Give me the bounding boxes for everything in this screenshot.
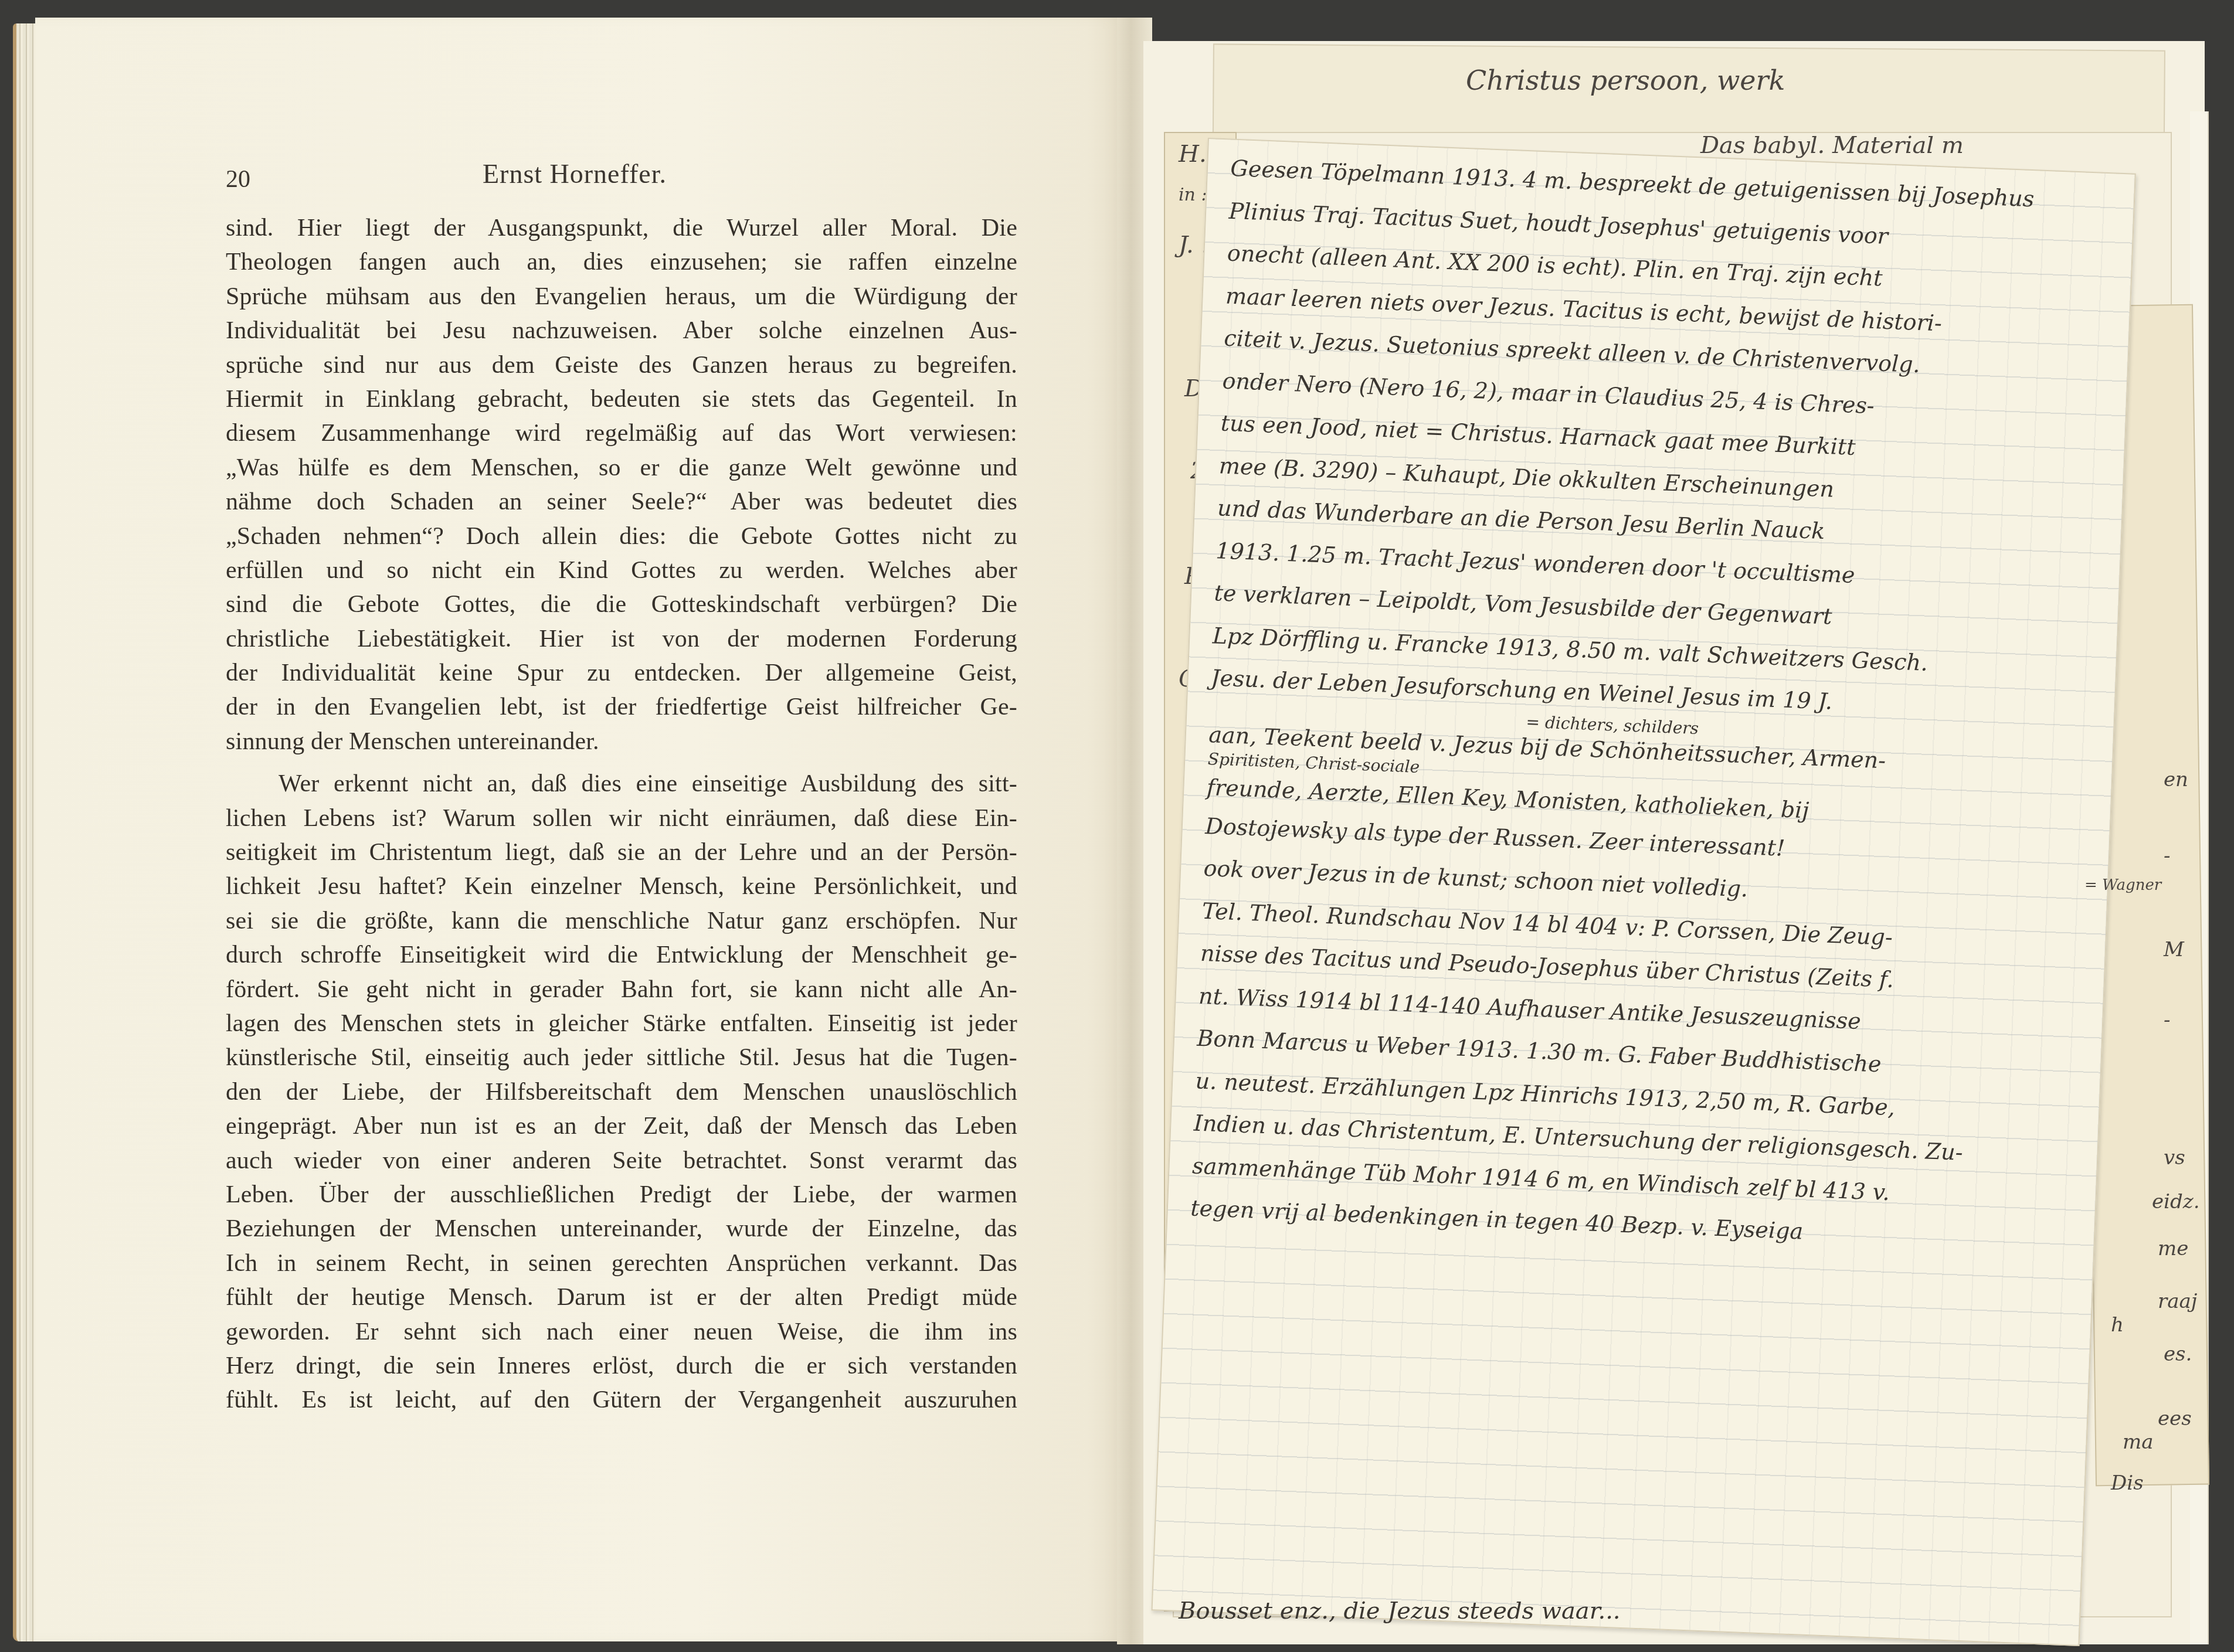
- text-line: der Individualität keine Spur zu entdeck…: [226, 656, 1017, 690]
- margin-letter: in :: [1179, 185, 1207, 205]
- note-card-title: Christus persoon, werk: [1466, 64, 1785, 96]
- text-line: fühlt. Es ist leicht, auf den Gütern der…: [226, 1383, 1017, 1417]
- text-line: sind. Hier liegt der Ausgangspunkt, die …: [226, 211, 1017, 245]
- bottom-card-note: Bousset enz., die Jezus steeds waar...: [1179, 1597, 1621, 1624]
- text-line: Wer erkennt nicht an, daß dies eine eins…: [226, 767, 1017, 801]
- margin-letter: H.: [1179, 141, 1207, 168]
- strip-fragment: -: [2164, 844, 2171, 868]
- text-line: „Was hülfe es dem Menschen, so er die ga…: [226, 451, 1017, 485]
- text-line: geworden. Er sehnt sich nach einer neuen…: [226, 1315, 1017, 1349]
- text-line: lichkeit Jesu haftet? Kein einzelner Men…: [226, 869, 1017, 903]
- text-line: auch wieder von einer anderen Seite betr…: [226, 1144, 1017, 1178]
- middle-card-header-suffix: m: [1941, 132, 1964, 159]
- text-line: der in den Evangelien lebt, ist der frie…: [226, 690, 1017, 724]
- text-line: nähme doch Schaden an seiner Seele?“ Abe…: [226, 485, 1017, 519]
- strip-fragment: raaj: [2158, 1290, 2197, 1313]
- text-line: den der Liebe, der Hilfsbereitschaft dem…: [226, 1075, 1017, 1109]
- text-line: fördert. Sie geht nicht in gerader Bahn …: [226, 973, 1017, 1007]
- running-title: Ernst Horneffer.: [226, 158, 1017, 189]
- text-line: Beziehungen der Menschen untereinander, …: [226, 1212, 1017, 1246]
- text-line: Leben. Über der ausschließlichen Predigt…: [226, 1178, 1017, 1212]
- text-line: Ich in seinem Recht, in seinen gerechten…: [226, 1246, 1017, 1280]
- strip-fragment: me: [2158, 1237, 2188, 1260]
- middle-card-header: Das babyl. Material m: [1700, 132, 1964, 159]
- text-line: „Schaden nehmen“? Doch allein dies: die …: [226, 519, 1017, 553]
- text-line: künstlerische Stil, einseitig auch jeder…: [226, 1041, 1017, 1075]
- strip-fragment: M: [2164, 938, 2184, 961]
- text-line: Individualität bei Jesu nachzuweisen. Ab…: [226, 314, 1017, 348]
- text-line: durch schroffe Einseitigkeit wird die En…: [226, 938, 1017, 972]
- strip-fragment: vs: [2164, 1146, 2185, 1170]
- text-line: Theologen fangen auch an, dies einzusehe…: [226, 245, 1017, 279]
- text-line: diesem Zusammenhange wird regelmäßig auf…: [226, 416, 1017, 450]
- text-line: eingeprägt. Aber nun ist es an der Zeit,…: [226, 1109, 1017, 1143]
- strip-fragment: Dis: [2111, 1471, 2144, 1495]
- printed-body-text: sind. Hier liegt der Ausgangspunkt, die …: [226, 211, 1017, 1418]
- interlinear-note: = Wagner: [2084, 876, 2161, 894]
- running-head: 20 Ernst Horneffer.: [226, 158, 1017, 199]
- text-line: sind die Gebote Gottes, die die Gotteski…: [226, 587, 1017, 621]
- strip-fragment: ma: [2123, 1430, 2154, 1454]
- text-line: sinnung der Menschen untereinander.: [226, 725, 1017, 759]
- strip-fragment: h: [2111, 1313, 2124, 1337]
- book-scan: 20 Ernst Horneffer. sind. Hier liegt der…: [0, 0, 2234, 1652]
- text-line: seitigkeit im Christentum liegt, daß sie…: [226, 835, 1017, 869]
- strip-fragment: -: [2164, 1008, 2171, 1032]
- text-line: lagen des Menschen stets in gleicher Stä…: [226, 1007, 1017, 1041]
- strip-fragment: eidz.: [2152, 1190, 2199, 1213]
- text-line: lichen Lebens ist? Warum sollen wir nich…: [226, 801, 1017, 835]
- text-line: Sprüche mühsam aus den Evangelien heraus…: [226, 280, 1017, 314]
- strip-fragment: en: [2164, 768, 2188, 791]
- middle-card-header-text: Das babyl. Material: [1700, 132, 1934, 159]
- strip-fragment: es.: [2164, 1342, 2192, 1366]
- handwritten-notes: Geesen Töpelmann 1913. 4 m. bespreekt de…: [1178, 147, 2122, 1263]
- text-line: Hiermit in Einklang gebracht, bedeuten s…: [226, 382, 1017, 416]
- text-line: sei sie die größte, kann die menschliche…: [226, 904, 1017, 938]
- text-line: Herz dringt, die sein Inneres erlöst, du…: [226, 1349, 1017, 1383]
- text-line: fühlt der heutige Mensch. Darum ist er d…: [226, 1280, 1017, 1314]
- text-line: erfüllen und so nicht ein Kind Gottes zu…: [226, 553, 1017, 587]
- text-line: christliche Liebestätigkeit. Hier ist vo…: [226, 622, 1017, 656]
- text-line: sprüche sind nur aus dem Geiste des Ganz…: [226, 348, 1017, 382]
- strip-fragment: ees: [2158, 1407, 2192, 1430]
